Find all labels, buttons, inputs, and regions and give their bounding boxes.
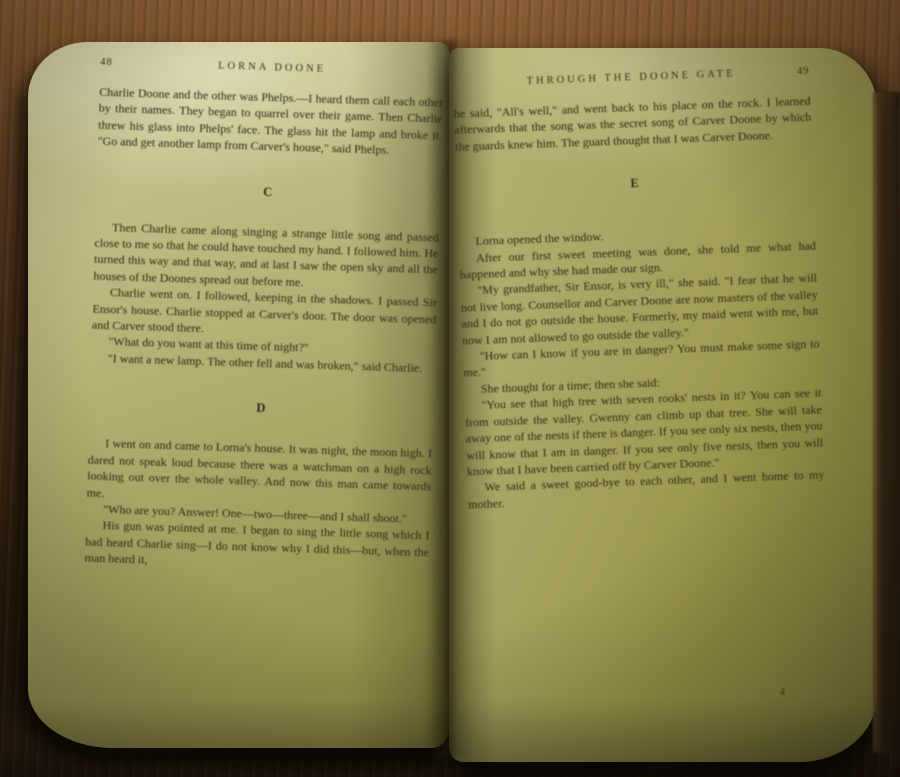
right-page-number: 49	[771, 66, 809, 78]
paragraph: Then Charlie came along singing a strang…	[93, 218, 439, 294]
left-running-header: LORNA DOONE	[138, 58, 406, 77]
right-header-spacer	[453, 85, 491, 86]
right-page: THROUGH THE DOONE GATE 49 he said, "All'…	[449, 48, 877, 762]
page-stack-edge	[873, 92, 900, 752]
signature-mark: 4	[780, 687, 785, 698]
section-heading: E	[456, 170, 813, 198]
section-heading: D	[89, 396, 433, 422]
paragraph: he said, "All's well," and went back to …	[454, 93, 813, 155]
right-running-header: THROUGH THE DOONE GATE	[491, 67, 772, 88]
right-page-header: THROUGH THE DOONE GATE 49	[453, 66, 810, 90]
paragraph: I went on and came to Lorna's house. It …	[86, 435, 432, 511]
book-spread: 48 LORNA DOONE Charlie Doone and the oth…	[0, 0, 900, 777]
left-page: 48 LORNA DOONE Charlie Doone and the oth…	[28, 42, 450, 748]
left-page-text: 48 LORNA DOONE Charlie Doone and the oth…	[80, 57, 445, 727]
right-page-text: THROUGH THE DOONE GATE 49 he said, "All'…	[453, 66, 834, 733]
photo-of-open-book: 48 LORNA DOONE Charlie Doone and the oth…	[0, 0, 900, 777]
left-header-spacer	[406, 74, 444, 75]
section-heading: C	[96, 179, 440, 205]
left-page-header: 48 LORNA DOONE	[100, 57, 444, 79]
left-page-number: 48	[100, 57, 138, 69]
paragraph: His gun was pointed at me. I began to si…	[84, 517, 429, 577]
dialog-paragraph: "You see that high tree with seven rooks…	[464, 385, 824, 480]
paragraph: Charlie Doone and the other was Phelps.—…	[97, 84, 443, 160]
